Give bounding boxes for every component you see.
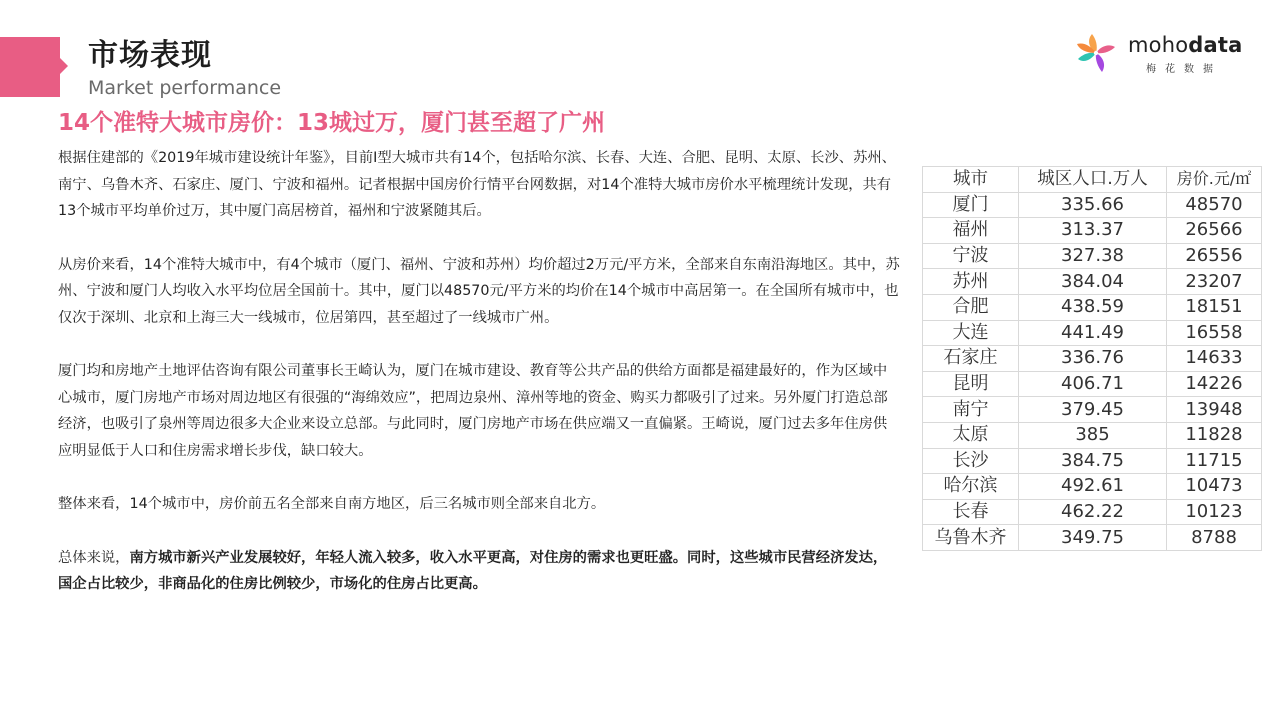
table-row: 大连441.4916558 (923, 320, 1262, 346)
cell-population: 313.37 (1019, 218, 1167, 244)
cell-population: 492.61 (1019, 474, 1167, 500)
cell-price: 26556 (1167, 243, 1262, 269)
cell-price: 10123 (1167, 499, 1262, 525)
cell-city: 南宁 (923, 397, 1019, 423)
cell-population: 462.22 (1019, 499, 1167, 525)
cell-price: 26566 (1167, 218, 1262, 244)
cell-city: 长沙 (923, 448, 1019, 474)
paragraph-1: 根据住建部的《2019年城市建设统计年鉴》，目前I型大城市共有14个，包括哈尔滨… (58, 145, 900, 225)
cell-price: 48570 (1167, 192, 1262, 218)
cell-city: 福州 (923, 218, 1019, 244)
paragraph-4: 整体来看，14个城市中，房价前五名全部来自南方地区，后三名城市则全部来自北方。 (58, 491, 900, 518)
cell-population: 379.45 (1019, 397, 1167, 423)
cell-city: 乌鲁木齐 (923, 525, 1019, 551)
cell-population: 349.75 (1019, 525, 1167, 551)
cell-population: 384.75 (1019, 448, 1167, 474)
cell-price: 13948 (1167, 397, 1262, 423)
cell-price: 14633 (1167, 346, 1262, 372)
table-row: 昆明406.7114226 (923, 371, 1262, 397)
column-header-population: 城区人口.万人 (1019, 167, 1167, 193)
pinwheel-logo-icon (1074, 31, 1118, 75)
cell-price: 11828 (1167, 422, 1262, 448)
cell-population: 384.04 (1019, 269, 1167, 295)
cell-city: 宁波 (923, 243, 1019, 269)
logo-tagline: 梅花数据 (1146, 60, 1222, 75)
table-row: 苏州384.0423207 (923, 269, 1262, 295)
header-accent-arrow (60, 58, 68, 74)
cell-price: 8788 (1167, 525, 1262, 551)
table-row: 宁波327.3826556 (923, 243, 1262, 269)
table-row: 南宁379.4513948 (923, 397, 1262, 423)
cell-population: 335.66 (1019, 192, 1167, 218)
page-subtitle: Market performance (88, 76, 281, 100)
cell-population: 406.71 (1019, 371, 1167, 397)
cell-price: 14226 (1167, 371, 1262, 397)
table-row: 长沙384.7511715 (923, 448, 1262, 474)
article-headline: 14个准特大城市房价：13城过万，厦门甚至超了广州 (58, 108, 605, 138)
table-row: 福州313.3726566 (923, 218, 1262, 244)
cell-city: 厦门 (923, 192, 1019, 218)
table-header-row: 城市 城区人口.万人 房价.元/㎡ (923, 167, 1262, 193)
cell-price: 10473 (1167, 474, 1262, 500)
cell-population: 327.38 (1019, 243, 1167, 269)
cell-population: 385 (1019, 422, 1167, 448)
page-title: 市场表现 (88, 38, 212, 74)
cell-price: 11715 (1167, 448, 1262, 474)
table-row: 长春462.2210123 (923, 499, 1262, 525)
cell-city: 长春 (923, 499, 1019, 525)
cell-city: 太原 (923, 422, 1019, 448)
cell-city: 大连 (923, 320, 1019, 346)
mohodata-logo: mohodata 梅花数据 (1074, 31, 1244, 77)
table-row: 石家庄336.7614633 (923, 346, 1262, 372)
logo-wordmark-light: moho (1128, 33, 1188, 57)
logo-wordmark-bold: data (1188, 33, 1242, 57)
cell-city: 苏州 (923, 269, 1019, 295)
table-row: 太原38511828 (923, 422, 1262, 448)
cell-city: 合肥 (923, 294, 1019, 320)
paragraph-3: 厦门均和房地产土地评估咨询有限公司董事长王崎认为，厦门在城市建设、教育等公共产品… (58, 358, 900, 464)
paragraph-5-lead: 总体来说， (58, 550, 129, 566)
table-row: 厦门335.6648570 (923, 192, 1262, 218)
paragraph-2: 从房价来看，14个准特大城市中，有4个城市（厦门、福州、宁波和苏州）均价超过2万… (58, 252, 900, 332)
cell-price: 18151 (1167, 294, 1262, 320)
article-body: 根据住建部的《2019年城市建设统计年鉴》，目前I型大城市共有14个，包括哈尔滨… (58, 145, 900, 625)
paragraph-5: 总体来说，南方城市新兴产业发展较好，年轻人流入较多，收入水平更高，对住房的需求也… (58, 545, 900, 598)
cell-population: 438.59 (1019, 294, 1167, 320)
header-accent-block (0, 37, 60, 97)
table-row: 乌鲁木齐349.758788 (923, 525, 1262, 551)
table-row: 合肥438.5918151 (923, 294, 1262, 320)
city-price-table: 城市 城区人口.万人 房价.元/㎡ 厦门335.6648570 福州313.37… (922, 166, 1262, 551)
table-row: 哈尔滨492.6110473 (923, 474, 1262, 500)
cell-population: 336.76 (1019, 346, 1167, 372)
column-header-city: 城市 (923, 167, 1019, 193)
cell-city: 石家庄 (923, 346, 1019, 372)
cell-price: 16558 (1167, 320, 1262, 346)
cell-city: 昆明 (923, 371, 1019, 397)
logo-wordmark: mohodata (1128, 33, 1242, 57)
cell-population: 441.49 (1019, 320, 1167, 346)
cell-price: 23207 (1167, 269, 1262, 295)
paragraph-5-bold: 南方城市新兴产业发展较好，年轻人流入较多，收入水平更高，对住房的需求也更旺盛。同… (58, 550, 887, 593)
cell-city: 哈尔滨 (923, 474, 1019, 500)
column-header-price: 房价.元/㎡ (1167, 167, 1262, 193)
